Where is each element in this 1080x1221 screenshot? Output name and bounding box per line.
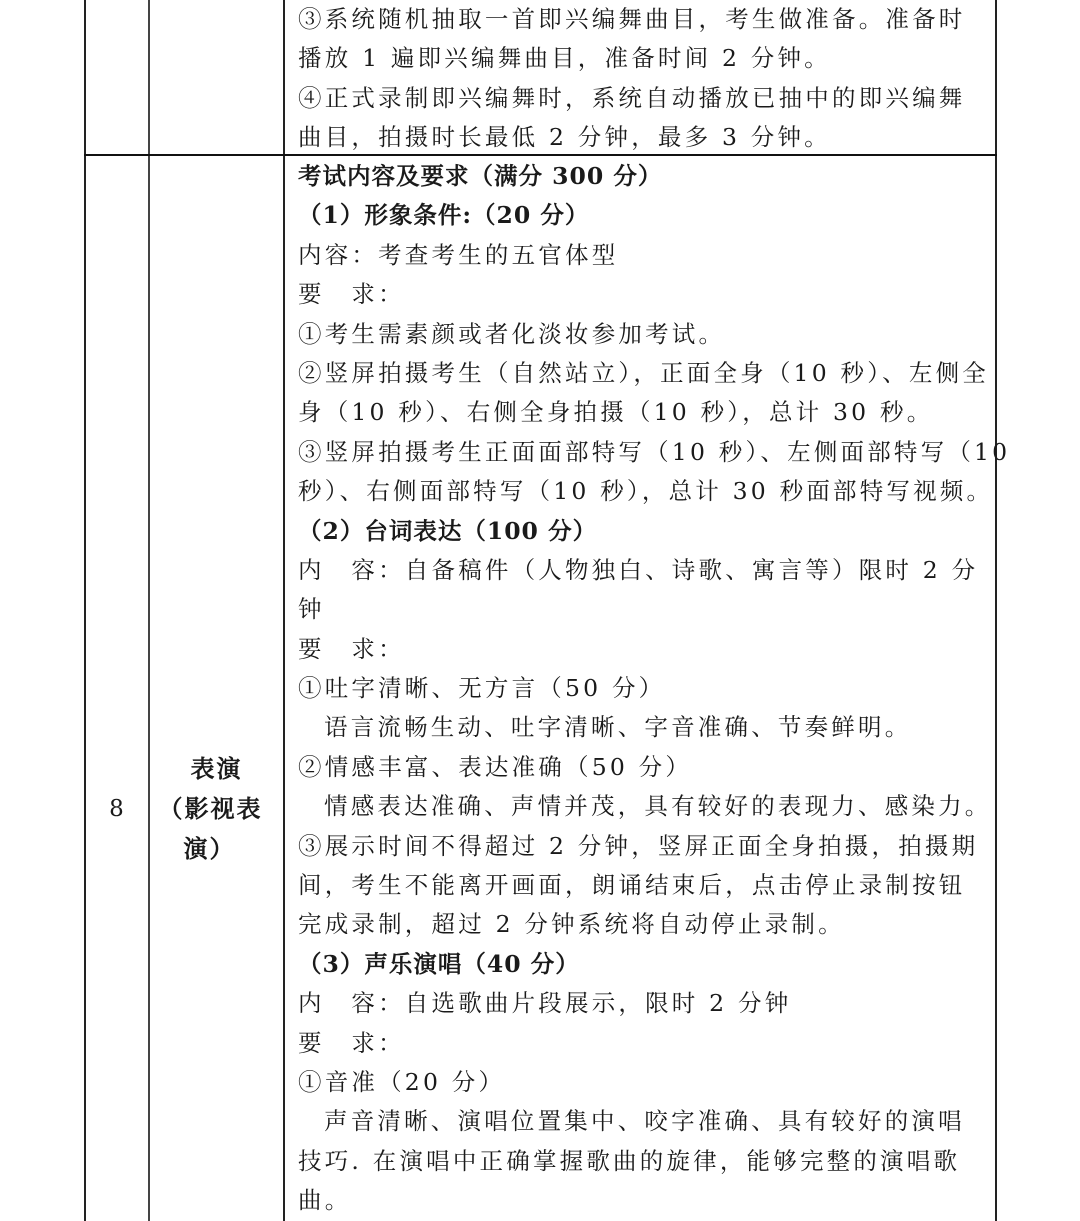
text-line: ③系统随机抽取一首即兴编舞曲目，考生做准备。准备时 — [298, 0, 996, 39]
row-number: 8 — [109, 796, 124, 822]
category-line: （影视表 — [159, 789, 263, 829]
category-line: 演） — [157, 829, 263, 869]
text-line: 完成录制，超过 2 分钟系统将自动停止录制。 — [298, 905, 996, 944]
text-line: ④正式录制即兴编舞时，系统自动播放已抽中的即兴编舞 — [298, 79, 996, 118]
text-line: 曲。 — [298, 1181, 996, 1220]
text-line: 内容：考查考生的五官体型 — [298, 236, 996, 275]
text-line: ②情感丰富、表达准确（50 分） — [298, 748, 996, 787]
text-line: 内 容：自备稿件（人物独白、诗歌、寓言等）限时 2 分 — [298, 551, 996, 590]
text-line: 语言流畅生动、吐字清晰、字音准确、节奏鲜明。 — [298, 708, 996, 747]
previous-row-content: ③系统随机抽取一首即兴编舞曲目，考生做准备。准备时 播放 1 遍即兴编舞曲目，准… — [286, 0, 996, 158]
text-line: 秒）、右侧面部特写（10 秒），总计 30 秒面部特写视频。 — [298, 472, 996, 511]
text-line: 要 求： — [298, 630, 996, 669]
text-line: 情感表达准确、声情并茂，具有较好的表现力、感染力。 — [298, 787, 996, 826]
content-title: 考试内容及要求（满分 300 分） — [298, 157, 996, 196]
text-line: 内 容：自选歌曲片段展示，限时 2 分钟 — [298, 984, 996, 1023]
category-line: 表演 — [171, 749, 263, 789]
category-cell: 表演 （影视表 演） — [149, 157, 284, 1221]
text-line: ①音准（20 分） — [298, 1063, 996, 1102]
text-line: 钟 — [298, 590, 996, 629]
text-line: 要 求： — [298, 1024, 996, 1063]
text-line: 间，考生不能离开画面，朗诵结束后，点击停止录制按钮 — [298, 866, 996, 905]
text-line: ②竖屏拍摄考生（自然站立），正面全身（10 秒）、左侧全 — [298, 354, 996, 393]
section-heading: （2）台词表达（100 分） — [298, 512, 996, 551]
text-line: 声音清晰、演唱位置集中、咬字准确、具有较好的演唱 — [298, 1102, 996, 1141]
exam-requirements-table: ③系统随机抽取一首即兴编舞曲目，考生做准备。准备时 播放 1 遍即兴编舞曲目，准… — [84, 0, 997, 1221]
text-line: 播放 1 遍即兴编舞曲目，准备时间 2 分钟。 — [298, 39, 996, 78]
text-line: ①吐字清晰、无方言（50 分） — [298, 669, 996, 708]
text-line: 身（10 秒）、右侧全身拍摄（10 秒），总计 30 秒。 — [298, 393, 996, 432]
text-line: 要 求： — [298, 275, 996, 314]
section-heading: （1）形象条件:（20 分） — [298, 196, 996, 235]
text-line: 曲目，拍摄时长最低 2 分钟，最多 3 分钟。 — [298, 118, 996, 157]
text-line: ③展示时间不得超过 2 分钟，竖屏正面全身拍摄，拍摄期 — [298, 827, 996, 866]
text-line: ③竖屏拍摄考生正面面部特写（10 秒）、左侧面部特写（10 — [298, 433, 996, 472]
text-line: 技巧. 在演唱中正确掌握歌曲的旋律，能够完整的演唱歌 — [298, 1142, 996, 1181]
section-heading: （3）声乐演唱（40 分） — [298, 945, 996, 984]
row-number-cell: 8 — [84, 157, 149, 1221]
text-line: ①考生需素颜或者化淡妆参加考试。 — [298, 315, 996, 354]
content-cell: 考试内容及要求（满分 300 分） （1）形象条件:（20 分） 内容：考查考生… — [286, 157, 996, 1221]
